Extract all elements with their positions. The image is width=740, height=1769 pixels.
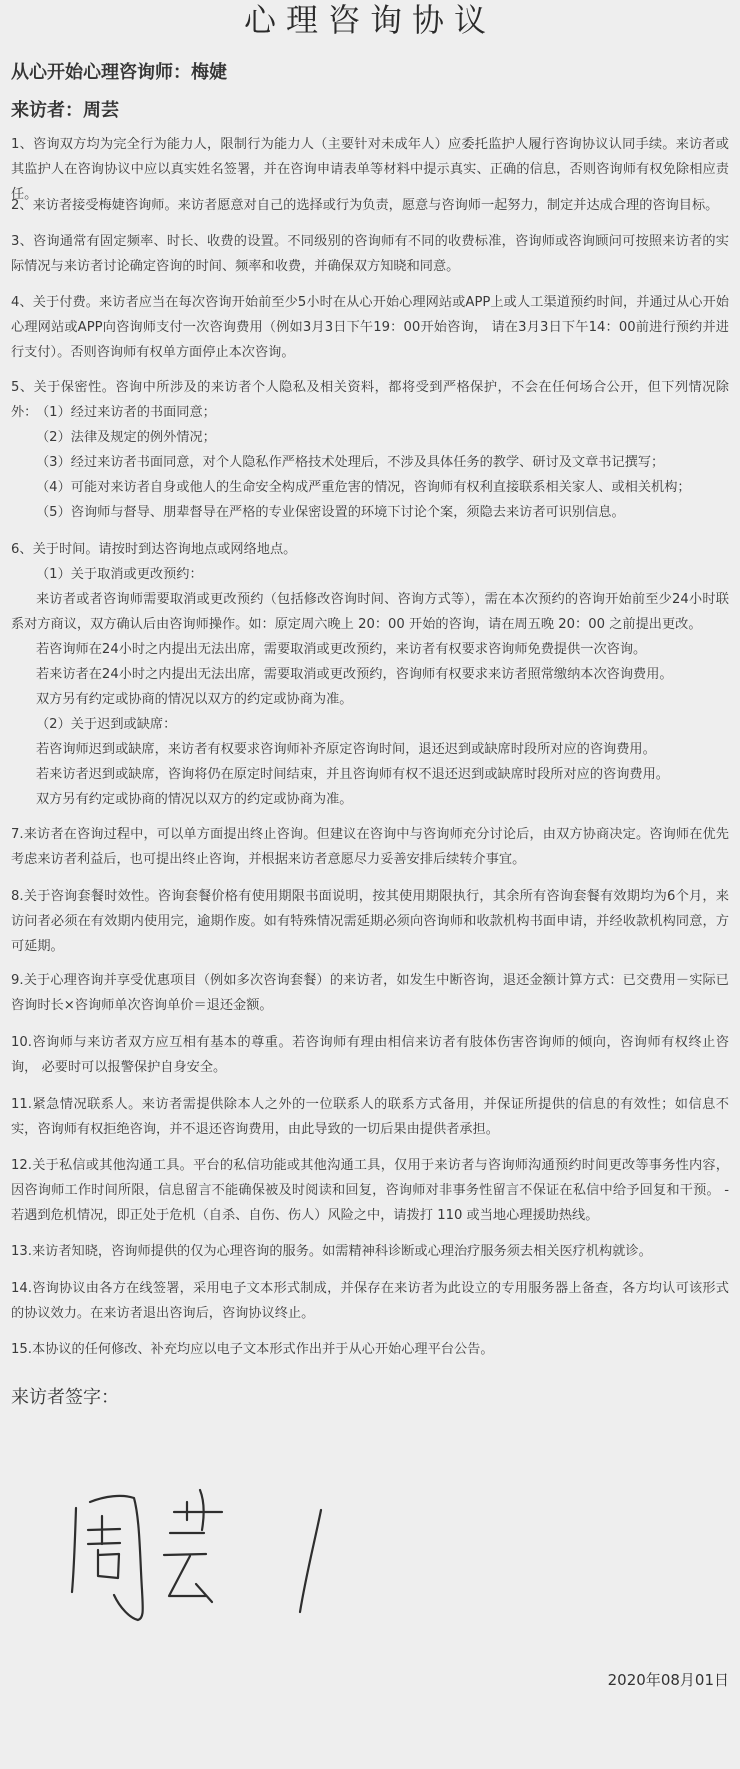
clause-5-item: （3）经过来访者书面同意，对个人隐私作严格技术处理后，不涉及具体任务的教学、研讨…: [36, 450, 664, 475]
clause-6-sub1-line: 若咨询师在24小时之内提出无法出席，需要取消或更改预约，来访者有权要求咨询师免费…: [36, 637, 646, 662]
clause-5-item: （4）可能对来访者自身或他人的生命安全构成严重危害的情况，咨询师有权利直接联系相…: [36, 475, 691, 500]
clause-3: 3、咨询通常有固定频率、时长、收费的设置。不同级别的咨询师有不同的收费标准，咨询…: [11, 229, 729, 279]
counselor-name: 从心开始心理咨询师：梅婕: [11, 58, 227, 84]
clause-5-item: （5）咨询师与督导、朋辈督导在严格的专业保密设置的环境下讨论个案，须隐去来访者可…: [36, 500, 625, 525]
clause-4: 4、关于付费。来访者应当在每次咨询开始前至少5小时在从心开始心理网站或APP上或…: [11, 290, 729, 365]
clause-9: 9.关于心理咨询并享受优惠项目（例如多次咨询套餐）的来访者，如发生中断咨询，退还…: [11, 968, 729, 1018]
clause-13: 13.来访者知晓，咨询师提供的仅为心理咨询的服务。如需精神科诊断或心理治疗服务须…: [11, 1239, 729, 1264]
clause-10: 10.咨询师与来访者双方应互相有基本的尊重。若咨询师有理由相信来访者有肢体伤害咨…: [11, 1030, 729, 1080]
signature-label: 来访者签字：: [11, 1383, 119, 1409]
clause-6-sub1-line: 若来访者在24小时之内提出无法出席，需要取消或更改预约，咨询师有权要求来访者照常…: [36, 662, 673, 687]
clause-6-sub1-text: 来访者或者咨询师需要取消或更改预约（包括修改咨询时间、咨询方式等），需在本次预约…: [11, 587, 729, 637]
clause-14: 14.咨询协议由各方在线签署，采用电子文本形式制成，并保存在来访者为此设立的专用…: [11, 1276, 729, 1326]
handwritten-signature: [60, 1480, 340, 1634]
clause-6-sub2-line: 若来访者迟到或缺席，咨询将仍在原定时间结束，并且咨询师有权不退还迟到或缺席时段所…: [36, 762, 669, 787]
signature-date: 2020年08月01日: [608, 1669, 729, 1690]
clause-7: 7.来访者在咨询过程中，可以单方面提出终止咨询。但建议在咨询中与咨询师充分讨论后…: [11, 822, 729, 872]
clause-5-item: （1）经过来访者的书面同意；: [36, 400, 216, 425]
clause-8: 8.关于咨询套餐时效性。咨询套餐价格有使用期限书面说明，按其使用期限执行，其余所…: [11, 884, 729, 959]
clause-6-sub2-line: 若咨询师迟到或缺席，来访者有权要求咨询师补齐原定咨询时间，退还迟到或缺席时段所对…: [36, 737, 656, 762]
clause-6-subtitle-1: （1）关于取消或更改预约：: [36, 562, 203, 587]
clause-12: 12.关于私信或其他沟通工具。平台的私信功能或其他沟通工具，仅用于来访者与咨询师…: [11, 1153, 729, 1228]
clause-15: 15.本协议的任何修改、补充均应以电子文本形式作出并于从心开始心理平台公告。: [11, 1337, 729, 1362]
clause-2: 2、来访者接受梅婕咨询师。来访者愿意对自己的选择或行为负责，愿意与咨询师一起努力…: [11, 193, 729, 218]
clause-6: 6、关于时间。请按时到达咨询地点或网络地点。: [11, 537, 729, 562]
page-title: 心理咨询协议: [0, 0, 740, 40]
client-name: 来访者：周芸: [11, 96, 119, 122]
clause-6-sub2-line: 双方另有约定或协商的情况以双方的约定或协商为准。: [36, 787, 353, 812]
clause-6-subtitle-2: （2）关于迟到或缺席：: [36, 712, 176, 737]
clause-6-sub1-line: 双方另有约定或协商的情况以双方的约定或协商为准。: [36, 687, 353, 712]
clause-5-item: （2）法律及规定的例外情况；: [36, 425, 216, 450]
clause-11: 11.紧急情况联系人。来访者需提供除本人之外的一位联系人的联系方式备用，并保证所…: [11, 1092, 729, 1142]
